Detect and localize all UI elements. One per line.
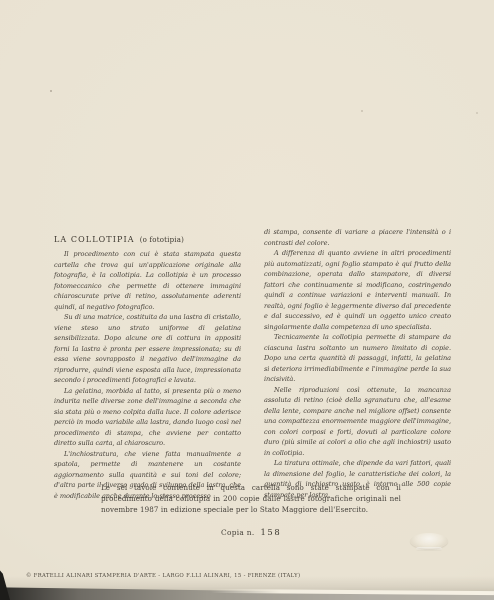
publisher-imprint: © FRATELLI ALINARI STAMPERIA D'ARTE - LA… [26,573,300,579]
embossed-crest-stamp-icon [404,530,454,558]
stamp-base [416,547,442,551]
colophon-text: Le sei tavole contenute in questa cartel… [101,482,401,516]
paragraph: di stampa, consente di variare a piacere… [264,227,451,248]
text-column-left: Il procedimento con cui è stata stampata… [54,227,241,501]
text-column-right: di stampa, consente di variare a piacere… [264,227,451,500]
paragraph: Il procedimento con cui è stata stampata… [54,249,241,312]
dust-speck [50,90,52,92]
paragraph: A differenza di quanto avviene in altri … [264,248,451,332]
dust-speck [476,112,478,114]
paragraph: Su di una matrice, costituita da una las… [54,312,241,386]
photographed-page: LA COLLOTIPIA (o fototipia) Il procedime… [0,0,494,600]
copy-label: Copia n. [221,528,254,537]
copy-number-line: Copia n.158 [221,527,281,537]
paragraph: Nelle riproduzioni così ottenute, la man… [264,385,451,459]
paragraph: Tecnicamente la collotipia permette di s… [264,332,451,385]
paragraph: La gelatina, morbida al tatto, si presen… [54,386,241,449]
copy-number-stamp: 158 [260,527,281,537]
dust-speck [361,110,363,112]
